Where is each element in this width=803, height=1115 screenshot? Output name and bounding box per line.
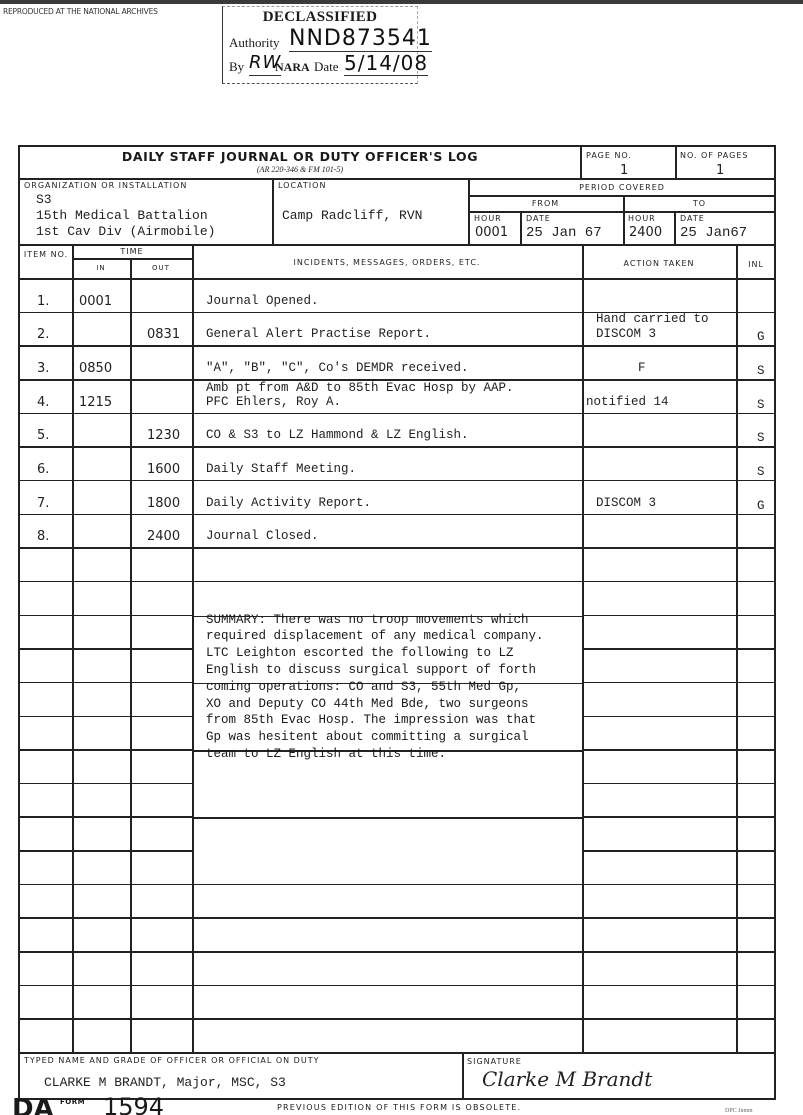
organization-line-2: 15th Medical Battalion: [36, 208, 208, 223]
organization-line-3: 1st Cav Div (Airmobile): [36, 224, 215, 239]
item-number: 1.: [37, 294, 49, 309]
incident-text: "A", "B", "C", Co's DEMDR received.: [206, 361, 469, 375]
action-text: F: [638, 361, 646, 375]
from-date-label: DATE: [526, 214, 551, 223]
form-code: DPC Jnnnn: [725, 1108, 753, 1114]
initials-text: G: [757, 330, 765, 344]
form-subtitle: (AR 220-346 & FM 101-5): [20, 165, 580, 174]
officer-name: CLARKE M BRANDT, Major, MSC, S3: [44, 1075, 286, 1090]
from-label: FROM: [468, 199, 623, 208]
action-text: DISCOM 3: [596, 327, 656, 341]
form-title: DAILY STAFF JOURNAL OR DUTY OFFICER'S LO…: [20, 149, 580, 164]
incident-text: Amb pt from A&D to 85th Evac Hosp by AAP…: [206, 381, 514, 395]
form-number: 1594: [103, 1094, 164, 1115]
action-text: Hand carried to: [596, 312, 709, 326]
declassified-stamp: DECLASSIFIED Authority NND873541 By RW N…: [222, 6, 418, 84]
initials-text: S: [757, 465, 765, 479]
stamp-title: DECLASSIFIED: [223, 9, 417, 26]
incident-text: Daily Staff Meeting.: [206, 462, 356, 476]
page-no-label: PAGE NO.: [586, 151, 632, 160]
no-of-pages-label: NO. OF PAGES: [680, 151, 748, 160]
to-hour-label: HOUR: [628, 214, 656, 223]
journal-form: DAILY STAFF JOURNAL OR DUTY OFFICER'S LO…: [18, 145, 776, 1100]
by-label: By: [229, 59, 244, 75]
incident-text: PFC Ehlers, Roy A.: [206, 395, 341, 409]
signature: Clarke M Brandt: [482, 1067, 652, 1091]
incident-text: Journal Closed.: [206, 529, 319, 543]
out-header: OUT: [130, 264, 192, 272]
initials-text: S: [757, 398, 765, 412]
item-number: 4.: [37, 395, 49, 410]
scan-top-edge: [0, 0, 803, 4]
location-label: LOCATION: [278, 181, 326, 190]
initials-text: S: [757, 431, 765, 445]
archive-notice: REPRODUCED AT THE NATIONAL ARCHIVES: [3, 7, 158, 16]
initials-text: G: [757, 499, 765, 513]
no-of-pages: 1: [716, 163, 724, 178]
period-label: PERIOD COVERED: [468, 183, 776, 192]
form-label: FORM: [60, 1098, 85, 1106]
item-number: 5.: [37, 428, 49, 443]
location-value: Camp Radcliff, RVN: [282, 208, 422, 223]
time-out: 1800: [147, 496, 180, 511]
summary-line: Gp was hesitent about committing a surgi…: [206, 730, 529, 744]
to-label: TO: [623, 199, 776, 208]
nara-label: NARA: [275, 60, 310, 75]
to-date: 25 Jan67: [680, 225, 747, 241]
summary-line: team to LZ English at this time.: [206, 747, 446, 761]
incident-text: Journal Opened.: [206, 294, 319, 308]
initials-header: INL: [736, 260, 776, 269]
summary-line: LTC Leighton escorted the following to L…: [206, 646, 514, 660]
officer-label: TYPED NAME AND GRADE OF OFFICER OR OFFIC…: [24, 1056, 319, 1065]
authority-label: Authority: [229, 35, 280, 51]
from-hour: 0001: [475, 225, 508, 240]
authority-value: NND873541: [289, 27, 432, 52]
time-in: 1215: [79, 395, 112, 410]
incident-text: CO & S3 to LZ Hammond & LZ English.: [206, 428, 469, 442]
organization-line-1: S3: [36, 192, 52, 207]
summary-line: required displacement of any medical com…: [206, 629, 544, 643]
time-in: 0001: [79, 294, 112, 309]
from-hour-label: HOUR: [474, 214, 502, 223]
item-number: 2.: [37, 327, 49, 342]
obsolete-notice: PREVIOUS EDITION OF THIS FORM IS OBSOLET…: [277, 1103, 521, 1112]
summary-line: XO and Deputy CO 44th Med Bde, two surge…: [206, 697, 529, 711]
signature-label: SIGNATURE: [467, 1057, 522, 1066]
summary-line: from 85th Evac Hosp. The impression was …: [206, 713, 536, 727]
time-in: 0850: [79, 361, 112, 376]
form-da: DA: [12, 1096, 54, 1115]
initials-text: S: [757, 364, 765, 378]
summary-line: English to discuss surgical support of f…: [206, 663, 536, 677]
time-out: 1600: [147, 462, 180, 477]
from-date: 25 Jan 67: [526, 225, 602, 241]
item-number: 3.: [37, 361, 49, 376]
action-text: DISCOM 3: [596, 496, 656, 510]
time-header: TIME: [72, 247, 192, 256]
incidents-header: INCIDENTS, MESSAGES, ORDERS, ETC.: [192, 258, 582, 267]
page-no: 1: [620, 163, 628, 178]
item-number: 6.: [37, 462, 49, 477]
date-value: 5/14/08: [344, 51, 428, 76]
to-date-label: DATE: [680, 214, 705, 223]
item-number: 8.: [37, 529, 49, 544]
incident-text: General Alert Practise Report.: [206, 327, 431, 341]
item-number: 7.: [37, 496, 49, 511]
date-label: Date: [314, 59, 339, 75]
summary-line: coming operations: CO and S3, 55th Med G…: [206, 680, 521, 694]
item-no-header: ITEM NO.: [20, 250, 72, 260]
summary-line: SUMMARY: There was no troop movements wh…: [206, 613, 529, 627]
time-out: 0831: [147, 327, 180, 342]
time-out: 2400: [147, 529, 180, 544]
action-header: ACTION TAKEN: [582, 259, 736, 268]
action-text: notified 14: [586, 395, 669, 409]
incident-text: Daily Activity Report.: [206, 496, 371, 510]
time-out: 1230: [147, 428, 180, 443]
to-hour: 2400: [629, 225, 662, 240]
in-header: IN: [72, 264, 130, 272]
organization-label: ORGANIZATION OR INSTALLATION: [24, 181, 187, 190]
